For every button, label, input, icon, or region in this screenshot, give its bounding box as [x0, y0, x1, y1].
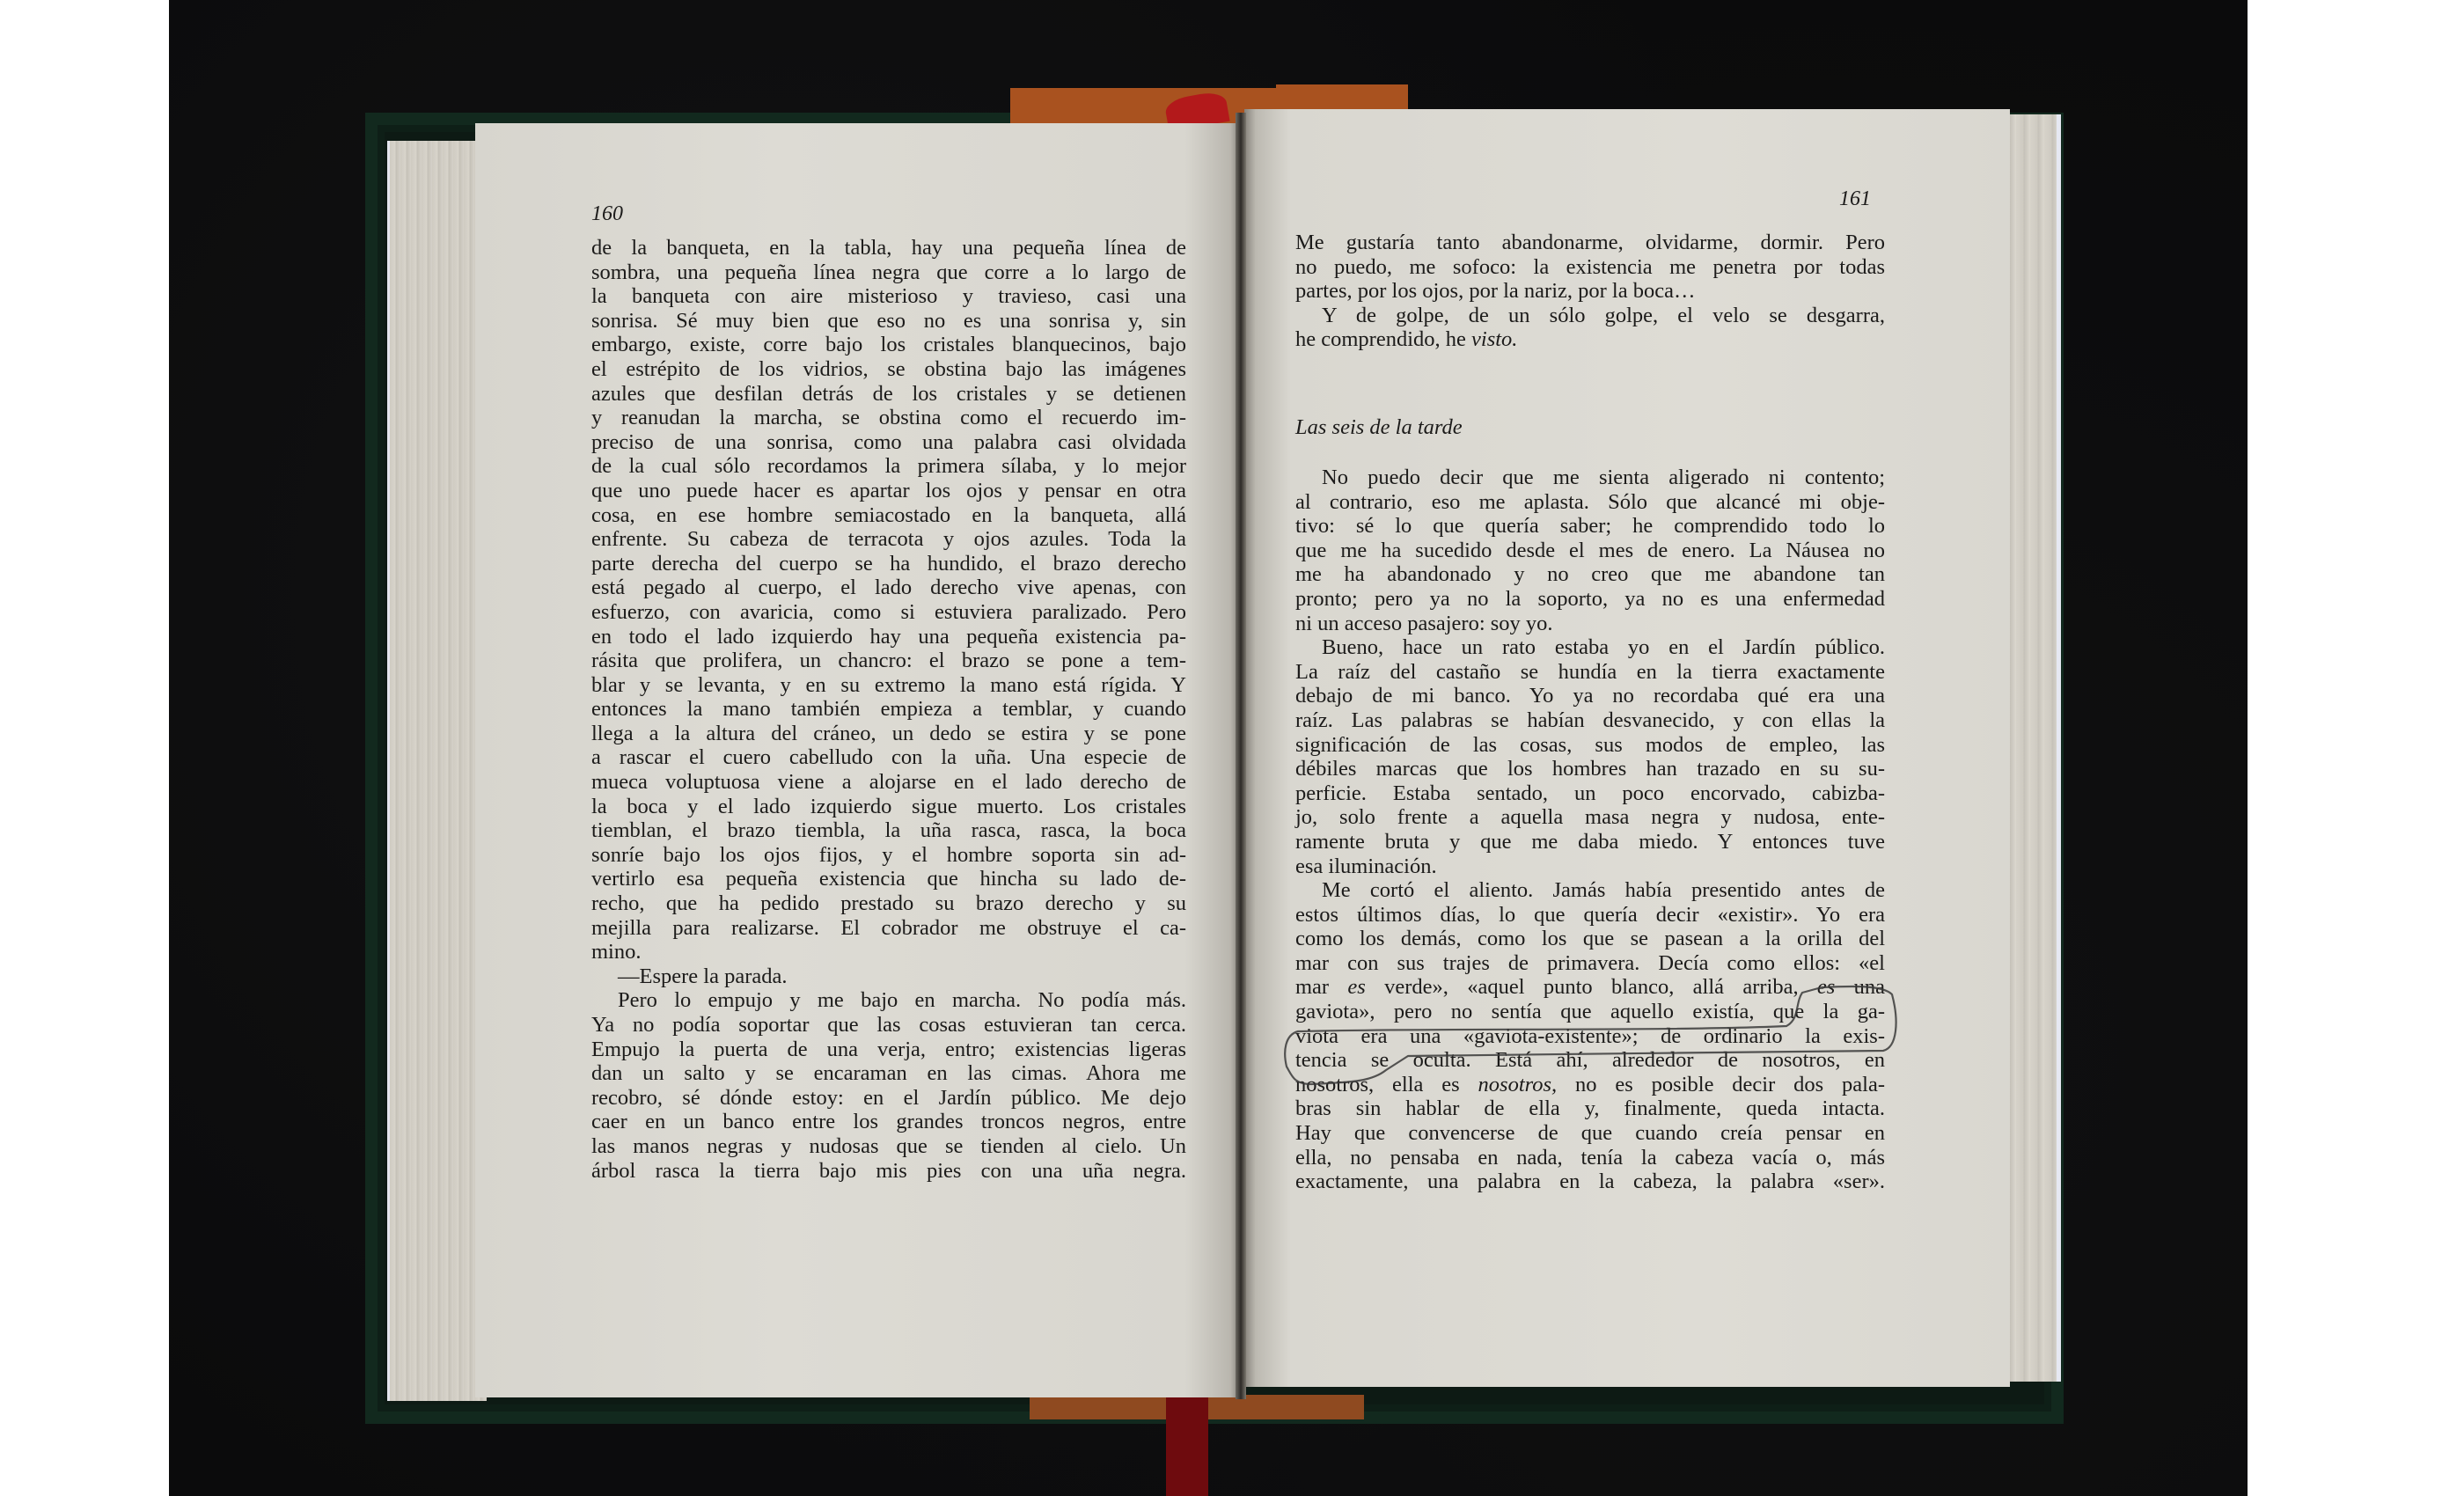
text-line: en todo el lado izquierdo hay una pequeñ… [591, 625, 1186, 649]
text-line: Me cortó el aliento. Jamás había present… [1295, 878, 1885, 903]
text-line: tivo: sé lo que quería saber; he compren… [1295, 514, 1885, 539]
text-line: al contrario, eso me aplasta. Sólo que a… [1295, 490, 1885, 515]
text-line: —Espere la parada. [591, 964, 1186, 989]
text-line: dan un salto y se encaraman en las cimas… [591, 1061, 1186, 1086]
text-line: he comprendido, he visto. [1295, 327, 1885, 352]
text-line: y reanudan la marcha, se obstina como el… [591, 406, 1186, 430]
text-line: ni un acceso pasajero: soy yo. [1295, 612, 1885, 636]
right-page-intro-text: Me gustaría tanto abandonarme, olvidarme… [1295, 231, 1885, 352]
text-line: gaviota», pero no sentía que aquello exi… [1295, 1000, 1885, 1024]
text-line: Hay que convencerse de que cuando creía … [1295, 1121, 1885, 1146]
left-page-text: de la banqueta, en la tabla, hay una peq… [591, 236, 1186, 1183]
text-line: blar y se levanta, y en su extremo la ma… [591, 673, 1186, 698]
text-line: raíz. Las palabras se habían desvanecido… [1295, 708, 1885, 733]
text-line: caer en un banco entre los grandes tronc… [591, 1110, 1186, 1134]
text-line: árbol rasca la tierra bajo mis pies con … [591, 1159, 1186, 1184]
text-line: exactamente, una palabra en la cabeza, l… [1295, 1170, 1885, 1194]
text-line: vertirlo esa pequeña existencia que hinc… [591, 867, 1186, 891]
text-line: de la banqueta, en la tabla, hay una peq… [591, 236, 1186, 260]
text-line: preciso de una sonrisa, como una palabra… [591, 430, 1186, 455]
text-line: mejilla para realizarse. El cobrador me … [591, 916, 1186, 941]
text-line: partes, por los ojos, por la nariz, por … [1295, 279, 1885, 304]
text-line: entonces la mano también empieza a tembl… [591, 697, 1186, 722]
text-line: estos últimos días, lo que quería decir … [1295, 903, 1885, 928]
text-line: tiemblan, el brazo tiembla, la uña rasca… [591, 818, 1186, 843]
right-page-stack [2002, 114, 2061, 1382]
text-line: esfuerzo, con avaricia, como si estuvier… [591, 600, 1186, 625]
text-line: tencia se oculta. Está ahí, alrededor de… [1295, 1048, 1885, 1073]
text-line: que uno puede hacer es apartar los ojos … [591, 479, 1186, 503]
text-line: de la cual sólo recordamos la primera sí… [591, 454, 1186, 479]
text-line: está pegado al cuerpo, el lado derecho v… [591, 576, 1186, 600]
text-line: sombra, una pequeña línea negra que corr… [591, 260, 1186, 285]
text-line: sonrisa. Sé muy bien que eso no es una s… [591, 309, 1186, 334]
text-line: como los demás, como los que se pasean a… [1295, 927, 1885, 951]
text-line: Pero lo empujo y me bajo en marcha. No p… [591, 988, 1186, 1013]
text-line: llega a la altura del cráneo, un dedo se… [591, 722, 1186, 746]
text-line: La raíz del castaño se hundía en la tier… [1295, 660, 1885, 685]
right-page-body-text: No puedo decir que me sienta aligerado n… [1295, 466, 1885, 1194]
text-line: embargo, existe, corre bajo los cristale… [591, 333, 1186, 357]
section-heading: Las seis de la tarde [1295, 415, 1463, 440]
text-line: a rascar el cuero cabelludo con la uña. … [591, 745, 1186, 770]
text-line: la boca y el lado izquierdo sigue muerto… [591, 795, 1186, 819]
text-line: pronto; pero ya no la soporto, ya no es … [1295, 587, 1885, 612]
text-line: rásita que prolifera, un chancro: el bra… [591, 649, 1186, 673]
text-line: mino. [591, 940, 1186, 964]
bookmark-ribbon-bottom [1166, 1390, 1208, 1496]
text-line: ella, no pensaba en nada, tenía la cabez… [1295, 1146, 1885, 1170]
text-line: esa iluminación. [1295, 854, 1885, 879]
text-line: cosa, en ese hombre semiacostado en la b… [591, 503, 1186, 528]
text-line: que me ha sucedido desde el mes de enero… [1295, 539, 1885, 563]
text-line: jo, solo frente a aquella masa negra y n… [1295, 805, 1885, 830]
text-line: Empujo la puerta de una verja, entro; ex… [591, 1038, 1186, 1062]
text-line: no puedo, me sofoco: la existencia me pe… [1295, 255, 1885, 280]
text-line: mueca voluptuosa viene a alojarse en el … [591, 770, 1186, 795]
text-line: mar con sus trajes de primavera. Decía c… [1295, 951, 1885, 976]
text-line: enfrente. Su cabeza de terracota y ojos … [591, 527, 1186, 552]
text-line: el estrépito de los vidrios, se obstina … [591, 357, 1186, 382]
page-number-left: 160 [591, 202, 623, 226]
text-line: recho, que ha pedido prestado su brazo d… [591, 891, 1186, 916]
text-line: las manos negras y nudosas que se tiende… [591, 1134, 1186, 1159]
text-line: azules que desfilan detrás de los crista… [591, 382, 1186, 407]
text-line: sonríe bajo los ojos fijos, y el hombre … [591, 843, 1186, 868]
text-line: viota era una «gaviota-existente»; de or… [1295, 1024, 1885, 1049]
text-line: recobro, sé dónde estoy: en el Jardín pú… [591, 1086, 1186, 1111]
text-line: No puedo decir que me sienta aligerado n… [1295, 466, 1885, 490]
text-line: ramente bruta y que me daba miedo. Y ent… [1295, 830, 1885, 854]
text-line: Bueno, hace un rato estaba yo en el Jard… [1295, 635, 1885, 660]
text-line: significación de las cosas, sus modos de… [1295, 733, 1885, 758]
page-number-right: 161 [1839, 187, 1871, 211]
text-line: parte derecha del cuerpo se ha hundido, … [591, 552, 1186, 576]
text-line: mar es verde», «aquel punto blanco, allá… [1295, 975, 1885, 1000]
text-line: bras sin hablar de ella y, finalmente, q… [1295, 1096, 1885, 1121]
left-page-stack [387, 141, 487, 1401]
text-line: Me gustaría tanto abandonarme, olvidarme… [1295, 231, 1885, 255]
text-line: debajo de mi banco. Yo ya no recordaba q… [1295, 684, 1885, 708]
text-line: me ha abandonado y no creo que me abando… [1295, 562, 1885, 587]
text-line: la banqueta con aire misterioso y travie… [591, 284, 1186, 309]
text-line: Ya no podía soportar que las cosas estuv… [591, 1013, 1186, 1038]
text-line: débiles marcas que los hombres han traza… [1295, 757, 1885, 781]
text-line: perficie. Estaba sentado, un poco encorv… [1295, 781, 1885, 806]
book-gutter [1236, 113, 1246, 1399]
text-line: nosotros, ella es nosotros, no es posibl… [1295, 1073, 1885, 1097]
text-line: Y de golpe, de un sólo golpe, el velo se… [1295, 304, 1885, 328]
